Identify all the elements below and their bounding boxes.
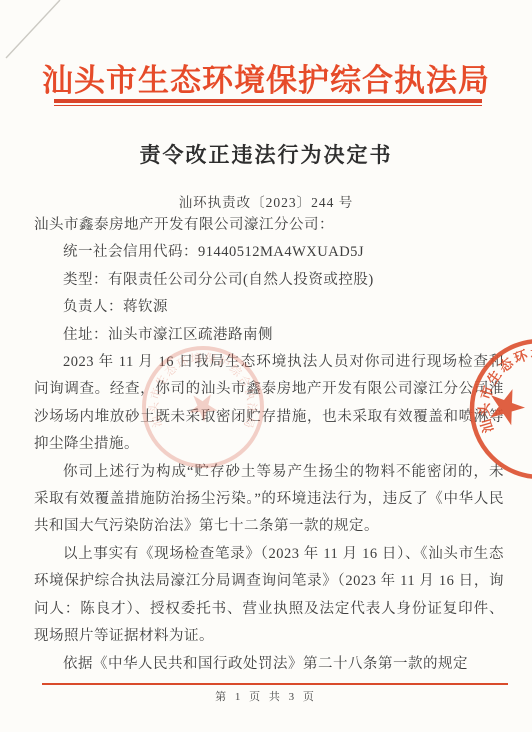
document-title: 责令改正违法行为决定书 <box>0 139 532 169</box>
body-paragraph: 你司上述行为构成“贮存砂土等易产生扬尘的物料不能密闭的，未采取有效覆盖措施防治扬… <box>34 459 504 541</box>
footer-rule <box>42 683 508 685</box>
recipient-name-line: 汕头市鑫泰房地产开发有限公司濠江分公司： <box>34 212 504 239</box>
letterhead-divider-thick-line <box>54 99 482 103</box>
letterhead-divider <box>54 99 482 106</box>
principal-line: 负责人：蒋钦源 <box>34 294 504 321</box>
credit-code-line: 统一社会信用代码：91440512MA4WXUAD5J <box>34 239 504 266</box>
document-body: 汕头市鑫泰房地产开发有限公司濠江分公司： 统一社会信用代码：91440512MA… <box>34 212 504 678</box>
agency-letterhead-title: 汕头市生态环境保护综合执法局 <box>0 55 532 100</box>
address-line: 住址：汕头市濠江区疏港路南侧 <box>34 322 504 349</box>
body-paragraph: 依据《中华人民共和国行政处罚法》第二十八条第一款的规定 <box>34 651 504 678</box>
document-page: 汕头市生态环境保护综合执法局 责令改正违法行为决定书 汕环执责改〔2023〕24… <box>0 0 532 732</box>
document-number: 汕环执责改〔2023〕244 号 <box>0 191 532 211</box>
body-paragraph: 2023 年 11 月 16 日我局生态环境执法人员对你司进行现场检查和问询调查… <box>34 349 504 459</box>
company-type-line: 类型：有限责任公司分公司(自然人投资或控股) <box>34 267 504 294</box>
letterhead-divider-thin-line <box>54 105 482 106</box>
body-paragraph: 以上事实有《现场检查笔录》（2023 年 11 月 16 日）、《汕头市生态环境… <box>34 541 504 651</box>
page-indicator: 第 1 页 共 3 页 <box>0 688 532 704</box>
